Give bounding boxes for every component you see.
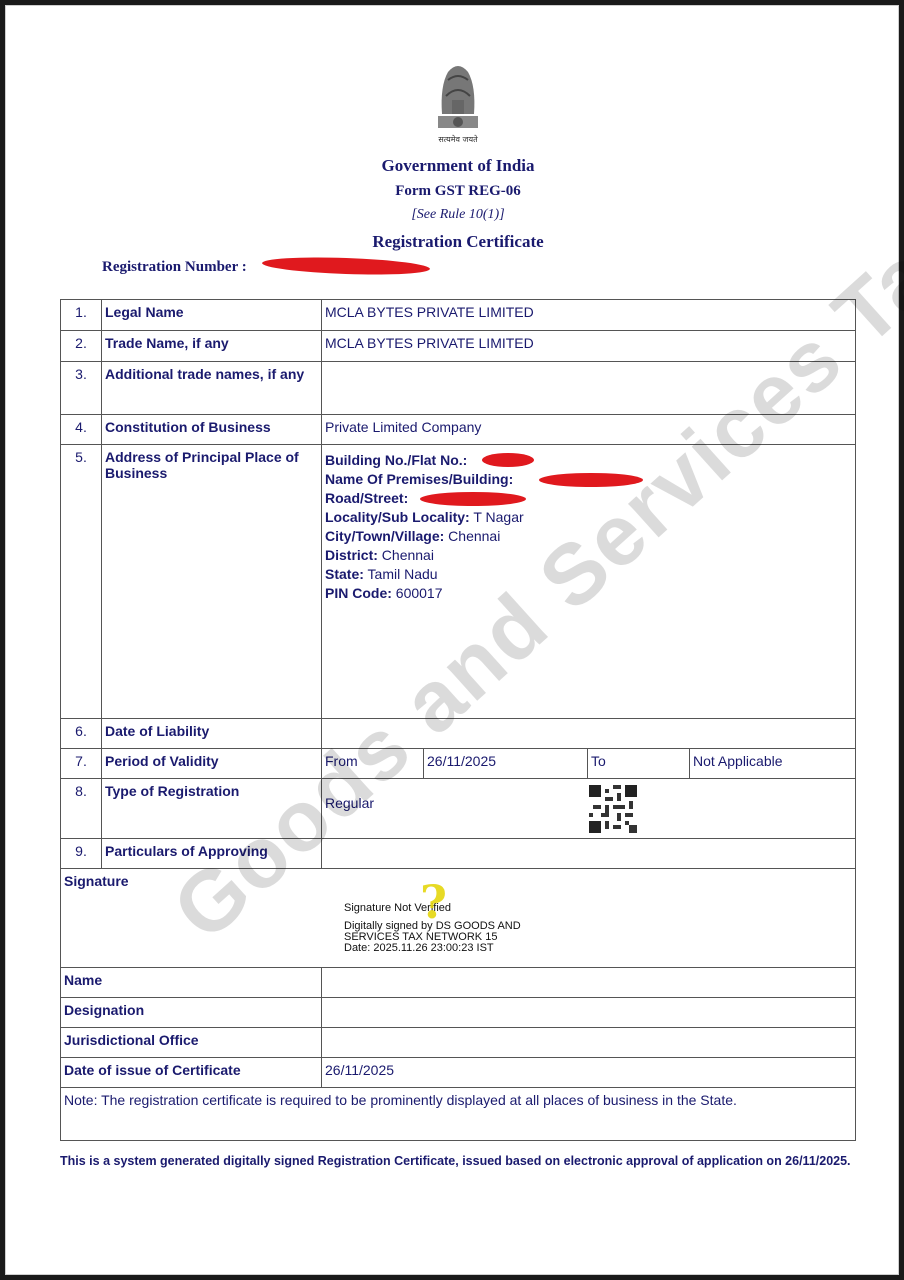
particulars-of-approving-label: Particulars of Approving [102,839,322,869]
redaction-mark [482,453,534,467]
qr-code-icon [589,785,637,833]
row-number: 1. [61,300,102,331]
government-title: Government of India [6,156,904,176]
digital-signature-block: ? Signature Not Verified Digitally signe… [344,903,852,954]
address-city: City/Town/Village: Chennai [325,527,852,546]
address-state: State: Tamil Nadu [325,565,852,584]
row-number: 9. [61,839,102,869]
certificate-table: 1. Legal Name MCLA BYTES PRIVATE LIMITED… [60,299,856,1141]
address-premises: Name Of Premises/Building: [325,470,852,489]
jurisdictional-office-value [322,1028,856,1058]
validity-from-label: From [322,749,424,779]
certificate-title: Registration Certificate [6,232,904,252]
constitution-label: Constitution of Business [102,415,322,445]
table-row: 1. Legal Name MCLA BYTES PRIVATE LIMITED [61,300,856,331]
table-row: Designation [61,998,856,1028]
type-of-registration-label: Type of Registration [102,779,322,839]
address-label: Address of Principal Place of Business [102,445,322,719]
signature-row: Signature ? Signature Not Verified Digit… [61,869,856,968]
note-row: Note: The registration certificate is re… [61,1088,856,1141]
additional-trade-names-label: Additional trade names, if any [102,362,322,415]
validity-from-value: 26/11/2025 [424,749,588,779]
date-of-issue-label: Date of issue of Certificate [61,1058,322,1088]
constitution-value: Private Limited Company [322,415,856,445]
validity-to-value: Not Applicable [690,749,856,779]
table-row: 9. Particulars of Approving [61,839,856,869]
table-row: Name [61,968,856,998]
address-building: Building No./Flat No.: [325,451,852,470]
particulars-of-approving-value [322,839,856,869]
type-of-registration-cell: Regular [322,779,856,839]
signature-unverified-question-icon: ? [420,897,447,908]
signature-cell: Signature ? Signature Not Verified Digit… [61,869,856,968]
display-note: Note: The registration certificate is re… [61,1088,856,1141]
table-row: 2. Trade Name, if any MCLA BYTES PRIVATE… [61,331,856,362]
officer-name-label: Name [61,968,322,998]
emblem-motto: सत्यमेव जयते [406,134,510,145]
row-number: 6. [61,719,102,749]
table-row: Date of issue of Certificate 26/11/2025 [61,1058,856,1088]
row-number: 4. [61,415,102,445]
table-row: 3. Additional trade names, if any [61,362,856,415]
table-row: Jurisdictional Office [61,1028,856,1058]
address-pin: PIN Code: 600017 [325,584,852,603]
rule-reference: [See Rule 10(1)] [6,207,904,223]
row-number: 7. [61,749,102,779]
row-number: 8. [61,779,102,839]
validity-to-label: To [588,749,690,779]
legal-name-label: Legal Name [102,300,322,331]
address-locality: Locality/Sub Locality: T Nagar [325,508,852,527]
registration-number-label: Registration Number : [102,259,247,276]
system-generated-footer: This is a system generated digitally sig… [60,1151,860,1171]
national-emblem-icon [430,56,486,146]
date-of-liability-label: Date of Liability [102,719,322,749]
signature-label: Signature [64,873,852,889]
certificate-page: सत्यमेव जयते Government of India Form GS… [5,5,899,1275]
redaction-mark [420,492,526,506]
date-of-issue-value: 26/11/2025 [322,1058,856,1088]
row-number: 2. [61,331,102,362]
table-row: 6. Date of Liability [61,719,856,749]
table-row: 7. Period of Validity From 26/11/2025 To… [61,749,856,779]
address-value: Building No./Flat No.: Name Of Premises/… [322,445,856,719]
signature-date: Date: 2025.11.26 23:00:23 IST [344,943,852,954]
designation-label: Designation [61,998,322,1028]
table-row: 8. Type of Registration Regular [61,779,856,839]
table-row: 5. Address of Principal Place of Busines… [61,445,856,719]
registration-number-redaction [262,255,430,277]
address-road: Road/Street: [325,489,852,508]
additional-trade-names-value [322,362,856,415]
officer-name-value [322,968,856,998]
trade-name-value: MCLA BYTES PRIVATE LIMITED [322,331,856,362]
trade-name-label: Trade Name, if any [102,331,322,362]
jurisdictional-office-label: Jurisdictional Office [61,1028,322,1058]
redaction-mark [539,473,643,487]
designation-value [322,998,856,1028]
type-of-registration-value: Regular [325,795,374,811]
period-of-validity-label: Period of Validity [102,749,322,779]
row-number: 5. [61,445,102,719]
date-of-liability-value [322,719,856,749]
form-title: Form GST REG-06 [6,183,904,200]
address-district: District: Chennai [325,546,852,565]
legal-name-value: MCLA BYTES PRIVATE LIMITED [322,300,856,331]
table-row: 4. Constitution of Business Private Limi… [61,415,856,445]
row-number: 3. [61,362,102,415]
